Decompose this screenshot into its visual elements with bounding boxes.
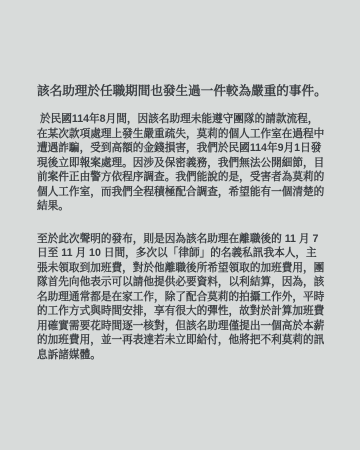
statement-image: 該名助理於任職期間也發生過一件較為嚴重的事件。 於民國114年8月間，因該名助理…	[0, 0, 360, 450]
text-line: 的加班費用，並一再表達若未立即給付，他將把不利莫莉的訊	[37, 333, 329, 348]
text-line: 名助理通常都是在家工作，除了配合莫莉的拍攝工作外，平時	[37, 290, 329, 305]
text-line: 的工作方式與時間安排，享有很大的彈性，故對於計算加班費	[37, 304, 329, 319]
paragraph-incident-intro: 該名助理於任職期間也發生過一件較為嚴重的事件。	[37, 84, 329, 99]
text-line: 現後立即報案處理。因涉及保密義務，我們無法公開細節，目	[37, 156, 329, 171]
text-line: 隊首先向他表示可以請他提供必要資料，以利結算，因為，該	[37, 275, 329, 290]
text-line: 在某次款項處理上發生嚴重疏失，莫莉的個人工作室在過程中	[37, 127, 329, 142]
text-line: 結果。	[37, 199, 329, 214]
text-line: 張未領取到加班費，對於他離職後所希望領取的加班費用，團	[37, 261, 329, 276]
text-line: 至於此次聲明的發布，則是因為該名助理在離職後的 11 月 7	[37, 232, 329, 247]
text-line: 該名助理於任職期間也發生過一件較為嚴重的事件。	[37, 84, 329, 99]
text-line: 於民國114年8月間，因該名助理未能遵守團隊的請款流程，	[37, 112, 329, 127]
text-line: 個人工作室，而我們全程積極配合調查，希望能有一個清楚的	[37, 185, 329, 200]
text-line: 用確實需要花時間逐一核對，但該名助理僅提出一個高於本薪	[37, 319, 329, 334]
text-line: 遭遇詐騙，受到高額的金錢損害，我們於民國114年9月1日發	[37, 141, 329, 156]
text-line: 日至 11 月 10 日間，多次以「律師」的名義私訊我本人，主	[37, 246, 329, 261]
text-line: 前案件正由警方依程序調查。我們能說的是，受害者為莫莉的	[37, 170, 329, 185]
statement-text-block: 該名助理於任職期間也發生過一件較為嚴重的事件。 於民國114年8月間，因該名助理…	[37, 84, 329, 362]
paragraph-overtime-dispute: 至於此次聲明的發布，則是因為該名助理在離職後的 11 月 7 日至 11 月 1…	[37, 232, 329, 363]
paragraph-fraud-case: 於民國114年8月間，因該名助理未能遵守團隊的請款流程， 在某次款項處理上發生嚴…	[37, 112, 329, 214]
text-line: 息訴諸媒體。	[37, 348, 329, 363]
